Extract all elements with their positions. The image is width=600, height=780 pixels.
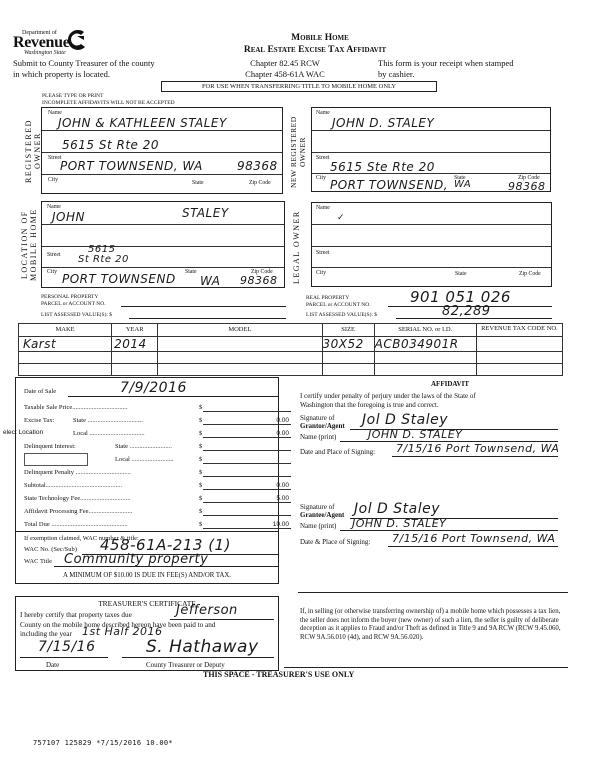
city-label: City <box>316 175 326 181</box>
total-due-label: Total Due ..............................… <box>24 521 128 528</box>
grantor-name-label: Name (print) <box>300 433 336 441</box>
affidavit-fee-field[interactable] <box>203 507 291 516</box>
treasurer-cert-line3: including the year <box>20 630 72 638</box>
wac-title-label: WAC Title <box>24 558 52 565</box>
affidavit-line2: Washington that the foregoing is true an… <box>300 401 476 410</box>
di-local-label: Local .......................... <box>115 456 174 463</box>
real-assessed-label: LIST ASSESSED VALUE(S): $ <box>306 312 377 318</box>
treasurer-signature-field[interactable] <box>122 657 274 658</box>
treasurer-date[interactable]: 7/15/16 <box>38 639 95 655</box>
real-assessed-value[interactable]: 82,289 <box>442 304 491 319</box>
receipt-line2: by cashier. <box>378 69 514 80</box>
location-label-2: MOBILE HOME <box>29 209 38 282</box>
logo-state-text: Washington State <box>24 50 66 56</box>
personal-property-line2: PARCEL or ACCOUNT NO. <box>41 301 106 308</box>
incomplete-warning: INCOMPLETE AFFIDAVITS WILL NOT BE ACCEPT… <box>42 100 175 107</box>
serial-cell[interactable]: ACB034901R <box>374 337 476 352</box>
col-header-size: SIZE <box>322 324 374 337</box>
for-use-banner: FOR USE WHEN TRANSFERRING TITLE TO MOBIL… <box>161 81 437 92</box>
personal-assessed-label: LIST ASSESSED VALUE(S): $ <box>41 312 112 318</box>
col-header-serial: SERIAL NO. or I.D. <box>374 324 476 337</box>
new-registered-label-1: NEW REGISTERED <box>289 116 298 188</box>
date-of-sale-value[interactable]: 7/9/2016 <box>120 380 187 396</box>
registered-owner-street[interactable]: PORT TOWNSEND, WA <box>60 159 203 173</box>
serial-value: ACB034901R <box>375 337 459 351</box>
new-registered-owner-section-label: NEW REGISTERED OWNER <box>289 110 311 194</box>
treasurer-date-label: Date <box>46 661 59 669</box>
col-header-model: MODEL <box>158 324 322 337</box>
tech-fee-label: State Technology Fee....................… <box>24 495 130 502</box>
subtotal-field[interactable]: 0.00 <box>203 481 291 490</box>
table-header-row: MAKE YEAR MODEL SIZE SERIAL NO. or I.D. … <box>19 324 563 337</box>
grantee-date-label: Date & Place of Signing: <box>300 538 370 546</box>
grantor-sig-label-1: Signature of <box>300 414 345 422</box>
grantee-name-field[interactable] <box>340 530 558 531</box>
new-owner-zip[interactable]: 98368 <box>508 180 546 193</box>
delinquent-penalty-label: Delinquent Penalty .....................… <box>24 469 131 476</box>
legal-owner-box: Name ✓ Street City State Zip Code <box>311 202 552 287</box>
submit-line1: Submit to County Treasurer of the county <box>13 58 155 69</box>
personal-property-line1: PERSONAL PROPERTY <box>41 294 106 301</box>
excise-local-label: Local .................................. <box>73 430 145 437</box>
lien-top-divider <box>298 592 568 593</box>
mobile-home-table: MAKE YEAR MODEL SIZE SERIAL NO. or I.D. … <box>18 323 563 376</box>
street-label: Street <box>47 252 61 258</box>
county-value[interactable]: Jefferson <box>176 603 238 618</box>
registered-owner-name-line2[interactable]: 5615 St Rte 20 <box>62 138 159 152</box>
affidavit-statement: I certify under penalty of perjury under… <box>300 392 476 410</box>
location-section-label: LOCATION OF MOBILE HOME <box>20 200 42 290</box>
submit-line2: in which property is located. <box>13 69 155 80</box>
size-cell[interactable] <box>322 352 374 364</box>
dollar-sign: $ <box>199 456 202 463</box>
serial-cell[interactable] <box>374 364 476 376</box>
city-label: City <box>48 177 58 183</box>
grantee-signature-label: Signature of Grantee/Agent <box>300 503 344 519</box>
taxable-price-field[interactable] <box>203 403 291 412</box>
grantor-date-place[interactable]: 7/15/16 Port Townsend, WA <box>396 442 559 455</box>
receipt-note: This form is your receipt when stamped b… <box>378 58 514 79</box>
legal-owner-name[interactable]: ✓ <box>337 213 345 223</box>
tax-code-cell[interactable] <box>476 364 562 376</box>
treasurer-cert-line1: I hereby certify that property taxes due <box>20 611 132 619</box>
zip-label: Zip Code <box>249 180 271 186</box>
location-label-1: LOCATION OF <box>20 211 29 280</box>
make-cell[interactable]: Karst <box>19 337 112 352</box>
total-due-field[interactable]: 10.00 <box>203 520 291 529</box>
street-label: Street <box>316 250 330 256</box>
dollar-sign: $ <box>199 404 202 411</box>
subtotal-label: Subtotal................................… <box>24 482 122 489</box>
new-registered-owner-box: Name JOHN D. STALEY Street 5615 Ste Rte … <box>311 107 551 192</box>
treasurer-certificate-box: TREASURER'S CERTIFICATE I hereby certify… <box>15 596 279 671</box>
submit-instructions: Submit to County Treasurer of the county… <box>13 58 155 79</box>
form-title-line2: Real Estate Excise Tax Affidavit <box>190 45 440 55</box>
tax-code-cell[interactable] <box>476 337 562 352</box>
location-street-line2[interactable]: St Rte 20 <box>78 254 129 265</box>
size-cell[interactable]: 30X52 <box>322 337 374 352</box>
excise-local-field[interactable]: 0.00 <box>203 429 291 438</box>
name-label: Name <box>316 205 330 211</box>
serial-cell[interactable] <box>374 352 476 364</box>
treasurer-signature[interactable]: S. Hathaway <box>146 637 259 657</box>
dollar-sign: $ <box>199 482 202 489</box>
treasurer-cert-title: TREASURER'S CERTIFICATE <box>16 599 278 608</box>
size-cell[interactable] <box>322 364 374 376</box>
dor-logo-icon <box>64 27 90 53</box>
real-property-line2: PARCEL or ACCOUNT NO. <box>306 302 371 309</box>
please-type-text: PLEASE TYPE OR PRINT <box>42 93 175 100</box>
legal-owner-section-label: LEGAL OWNER <box>292 207 306 287</box>
location-box: Name JOHN STALEY Street 5615 St Rte 20 C… <box>41 201 285 288</box>
affidavit-fee-label: Affidavit Processing Fee................… <box>24 508 132 515</box>
di-local-field[interactable] <box>203 455 291 464</box>
make-value: Karst <box>23 337 56 351</box>
receipt-line1: This form is your receipt when stamped <box>378 58 514 69</box>
city-label: City <box>47 269 57 275</box>
grantee-name[interactable]: JOHN D. STALEY <box>352 517 446 530</box>
location-state[interactable]: WA <box>200 274 220 288</box>
model-cell[interactable] <box>158 337 322 352</box>
table-row: Karst 2014 30X52 ACB034901R <box>19 337 563 352</box>
dollar-sign: $ <box>199 443 202 450</box>
year-cell[interactable]: 2014 <box>112 337 158 352</box>
chapter-rcw: Chapter 82.45 RCW <box>225 58 345 69</box>
state-label: State <box>455 271 467 277</box>
treasurer-date-field[interactable] <box>20 657 108 658</box>
excise-state-field[interactable]: 0.00 <box>203 416 291 425</box>
grantee-signature[interactable]: Jol D Staley <box>354 501 440 517</box>
model-cell[interactable] <box>158 352 322 364</box>
location-name-first[interactable]: JOHN <box>52 210 85 224</box>
new-owner-state[interactable]: WA <box>454 179 471 190</box>
grantor-sig-label-2: Grantor/Agent <box>300 422 345 430</box>
location-city[interactable]: PORT TOWNSEND <box>62 272 176 286</box>
date-of-sale-label: Date of Sale <box>24 388 56 395</box>
year-value: 2014 <box>114 337 147 351</box>
col-header-year: YEAR <box>112 324 158 337</box>
tax-code-cell[interactable] <box>476 352 562 364</box>
dollar-sign: $ <box>199 508 202 515</box>
city-label: City <box>316 270 326 276</box>
grantee-sig-label-1: Signature of <box>300 503 344 511</box>
grantor-signature-label: Signature of Grantor/Agent <box>300 414 345 430</box>
treasurer-sig-label: County Treasurer or Deputy <box>146 661 225 669</box>
personal-property-label: PERSONAL PROPERTY PARCEL or ACCOUNT NO. <box>41 294 106 307</box>
grantee-sig-label-2: Grantee/Agent <box>300 511 344 519</box>
excise-tax-label: Excise Tax: <box>24 417 54 424</box>
size-value: 30X52 <box>323 337 364 351</box>
new-owner-city[interactable]: PORT TOWNSEND, <box>330 178 448 192</box>
real-property-label: REAL PROPERTY PARCEL or ACCOUNT NO. <box>306 295 371 308</box>
grantor-name[interactable]: JOHN D. STALEY <box>368 428 462 441</box>
tech-fee-field[interactable]: 5.00 <box>203 494 291 503</box>
excise-state-label: State .................................. <box>73 417 143 424</box>
di-state-label: State .......................... <box>115 443 172 450</box>
state-label: State <box>185 269 197 275</box>
tax-calculation-box: Date of Sale 7/9/2016 Taxable Sale Price… <box>15 377 279 584</box>
grantee-name-label: Name (print) <box>300 522 336 530</box>
wac-title-value[interactable]: Community property <box>64 552 208 567</box>
personal-assessed-field[interactable] <box>129 318 286 319</box>
treasurer-use-divider <box>284 667 568 668</box>
county-field[interactable] <box>170 619 274 620</box>
col-header-tax-code: REVENUE TAX CODE NO. <box>476 324 562 337</box>
chapter-wac: Chapter 458-61A WAC <box>225 69 345 80</box>
zip-label: Zip Code <box>519 271 541 277</box>
dollar-sign: $ <box>199 430 202 437</box>
registered-label-1: REGISTERED <box>24 119 33 183</box>
table-row <box>19 352 563 364</box>
delinquent-location-input[interactable] <box>24 453 88 466</box>
cashier-receipt-stamp: 757107 125829 *7/15/2016 10.00* <box>33 739 173 747</box>
personal-parcel-field[interactable] <box>121 306 286 307</box>
new-owner-name[interactable]: JOHN D. STALEY <box>332 116 434 130</box>
model-cell[interactable] <box>158 364 322 376</box>
dollar-sign: $ <box>199 495 202 502</box>
delinquent-penalty-field[interactable] <box>203 468 291 477</box>
location-name-last[interactable]: STALEY <box>182 206 229 220</box>
taxable-price-label: Taxable Sale Price......................… <box>24 404 128 411</box>
treasurer-use-only-heading: THIS SPACE - TREASURER'S USE ONLY <box>203 670 354 679</box>
grantor-signature[interactable]: Jol D Staley <box>362 412 448 428</box>
registered-owner-zip[interactable]: 98368 <box>237 159 278 173</box>
year-cell[interactable] <box>112 352 158 364</box>
affidavit-line1: I certify under penalty of perjury under… <box>300 392 476 401</box>
year-cell[interactable] <box>112 364 158 376</box>
di-state-field[interactable] <box>203 442 291 451</box>
grantee-date-field[interactable] <box>388 546 558 547</box>
minimum-due-note: A MINIMUM OF $10.00 IS DUE IN FEE(S) AND… <box>16 572 278 579</box>
make-cell[interactable] <box>19 352 112 364</box>
new-owner-street[interactable]: 5615 Ste Rte 20 <box>330 160 435 174</box>
dollar-sign: $ <box>199 417 202 424</box>
form-title-line1: Mobile Home <box>240 33 400 43</box>
delinquent-interest-label: Delinquent Interest: <box>24 443 76 450</box>
new-registered-label-2: OWNER <box>298 137 307 167</box>
tax-lien-notice: If, in selling (or otherwise transferrin… <box>300 608 568 642</box>
grantor-date-field[interactable] <box>392 456 558 457</box>
select-location-dropdown[interactable]: elect Location <box>3 429 43 436</box>
dollar-sign: $ <box>199 521 202 528</box>
registered-owner-box: Name JOHN & KATHLEEN STALEY 5615 St Rte … <box>41 107 283 194</box>
date-of-sale-field[interactable] <box>68 396 278 397</box>
street-label: Street <box>316 155 330 161</box>
table-row <box>19 364 563 376</box>
grantee-date-place[interactable]: 7/15/16 Port Townsend, WA <box>392 532 555 545</box>
location-zip[interactable]: 98368 <box>240 274 278 287</box>
name-label: Name <box>316 110 330 116</box>
chapter-references: Chapter 82.45 RCW Chapter 458-61A WAC <box>225 58 345 79</box>
grantor-date-label: Date and Place of Signing: <box>300 448 375 456</box>
state-label: State <box>192 180 204 186</box>
dollar-sign: $ <box>199 469 202 476</box>
registered-owner-name[interactable]: JOHN & KATHLEEN STALEY <box>58 116 227 130</box>
col-header-make: MAKE <box>19 324 112 337</box>
make-cell[interactable] <box>19 364 112 376</box>
please-instructions: PLEASE TYPE OR PRINT INCOMPLETE AFFIDAVI… <box>42 93 175 107</box>
affidavit-title: AFFIDAVIT <box>300 380 600 388</box>
